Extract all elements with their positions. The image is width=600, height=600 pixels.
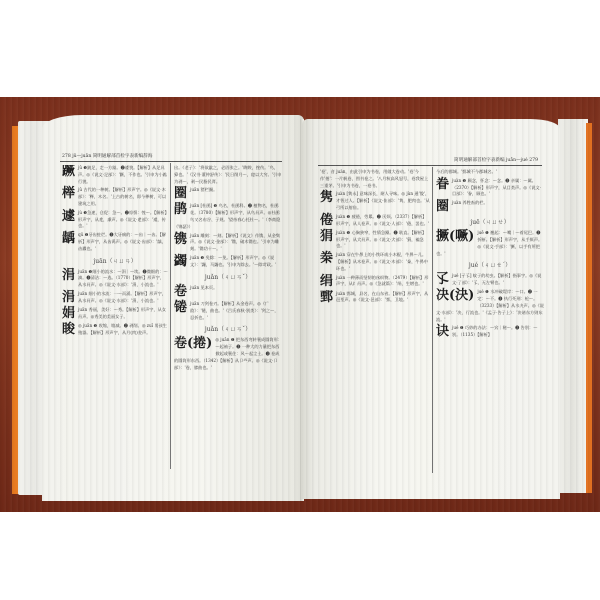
dictionary-entry: 桊juàn 穿在牛鼻上的小铁环或小木棍，牛鼻～儿。【解析】从木卷声。◎《说文·木… — [320, 252, 430, 272]
headword: 孓 — [436, 273, 449, 287]
definition-text: jù ❶急速，仓促：急～。❷惊惧：惶～。【解析】形声字，从辵，豦声。◎《说文·辵… — [62, 210, 168, 230]
headword: 诀 — [436, 325, 449, 339]
definition-text: juǎn 刀剑卷刃。【解析】从金卷声。◎《广韵》：'锩，曲也。'《吕氏春秋·别类… — [174, 301, 282, 321]
dictionary-entry: 眷juàn ❶ 顾念，怀念：～念。❷ 亲属：～属。（2370）【解析】形声字，从… — [436, 178, 544, 198]
definition-text: jué ❶ 巧妙的办法：～窍｜秘～。❷ 告别：～别。（1135）【解析】 — [436, 325, 544, 339]
definition-text: qǔ ❶牙齿蛀烂。❷大牙痛的：～齿｜～齿。【解析】形声字，从齿禹声。◎《说文·齿… — [62, 232, 168, 252]
dictionary-entry: '卷'，音 juàn，由此引申为书卷，用做大卷动。'卷'今作'捲'：一片帆卷，图… — [320, 169, 430, 189]
definition-text: juàn 养牲畜的栏。 — [436, 200, 544, 207]
definition-text: juàn ❶ 疲倦，劳累。❷ 厌烦。（2337）【解析】形声字，从人卷声。◎《说… — [320, 214, 430, 228]
dictionary-entry: 睃◎ juān ❶ 收缩，缩减。❷ 剥削。◎ zuī 男孩生殖器。【解析】形声字… — [62, 323, 168, 337]
headword: 圈 — [174, 187, 187, 201]
dictionary-entry: 涓juān ❶细小的流水：～涓｜～埃。❷微细的：～滴。❸清洁：～选。（1770）… — [62, 269, 168, 289]
left-page: 278 jǔ—juān 简明通解部首检字表新编辞海 蹶jǔ ❶跛足，走一方踮。❷… — [42, 115, 304, 501]
pinyin-section-heading: juān（ㄐㄩㄢ） — [62, 255, 168, 269]
headword: 榉 — [62, 187, 75, 201]
dictionary-entry: 圈juān 猪栏圈。 — [174, 187, 282, 201]
headword: 鄄 — [320, 291, 333, 305]
definition-text: juàn ❶ 心胸狭窄，性情急躁。❷ 耿直。【解析】形声字，从犬肙声。◎《说文·… — [320, 230, 430, 250]
definition-text: jué [孑孓] 蚊子的幼虫。【解析】指事字。◎《说文·了部》：'孓，无左臂也。… — [436, 273, 544, 287]
headword: 锩 — [174, 301, 187, 315]
headword: 镌 — [174, 233, 187, 247]
headword: 狷 — [320, 230, 333, 244]
dictionary-entry: 出。《老子》：'将欲歙之，必固张之。'睃睃，挫伤。'鸟，獐也。'《汉书·董仲舒传… — [174, 165, 282, 185]
definition-text: juān ❶细小的流水：～涓｜～埃。❷微细的：～滴。❸清洁：～选。（1770）【… — [62, 269, 168, 289]
definition-text: jǔ 古代的一种树。【解析】形声字。◎《说文·木部》：'榉，木名。'上古的树名，… — [62, 187, 168, 207]
headword: 卷(捲) — [174, 337, 212, 351]
headword: 桊 — [320, 252, 333, 266]
pinyin-section-heading: juǎn（ㄐㄩㄢˇ） — [174, 271, 282, 285]
dictionary-entry: 狷juàn ❶ 心胸狭窄，性情急躁。❷ 耿直。【解析】形声字，从犬肙声。◎《说文… — [320, 230, 430, 250]
headword: 撅(噘) — [436, 230, 474, 244]
headword: 龋 — [62, 232, 75, 246]
right-page: 简明通解部首检字表新编 juǎn—jué 279 '卷'，音 juàn，由此引申… — [302, 119, 560, 499]
dictionary-entry: 绢juàn 一种薄而坚韧的丝织物。（2479）【解析】形声字，从纟肙声。◎《急就… — [320, 275, 430, 289]
headword: 绢 — [320, 275, 333, 289]
headword: 蹶 — [62, 165, 75, 179]
definition-text: juān 雕刻：～刻。【解析】《说文》作镌，从金隽声。◎《说文·金部》：'镌，破… — [174, 233, 282, 253]
headword: 卷 — [174, 285, 187, 299]
headword: 涓 — [62, 269, 75, 283]
definition-text: juān 细小的水流：一～而涌。【解析】形声字，从水肙声。◎《说文·水部》：'涓… — [62, 291, 168, 305]
left-page-column-1: 蹶jǔ ❶跛足，走一方踮。❷遽貌。【解析】从足具声。◎《说文·足部》：'蹶，不作… — [62, 165, 168, 339]
dictionary-entry: 倦juàn ❶ 疲倦，劳累。❷ 厌烦。（2337）【解析】形声字，从人卷声。◎《… — [320, 214, 430, 228]
headword: 决(決) — [436, 289, 474, 303]
dictionary-entry: 孓jué [孑孓] 蚊子的幼虫。【解析】指事字。◎《说文·了部》：'孓，无左臂也… — [436, 273, 544, 287]
headword: 圈 — [436, 200, 449, 214]
photo-open-dictionary: 278 jǔ—juān 简明通解部首检字表新编辞海 蹶jǔ ❶跛足，走一方踮。❷… — [0, 97, 600, 512]
headword: 涓 — [62, 291, 75, 305]
right-page-column-2: 今后的郡城。'鄄城不今郡城名。' 眷juàn ❶ 顾念，怀念：～念。❷ 亲属：～… — [436, 169, 544, 341]
headword: 鹃 — [174, 203, 187, 217]
definition-text: juàn [隽永] 意味深长，耐人寻味。◎ jùn 通'俊'，才智过人。【解析】… — [320, 191, 430, 211]
right-running-head: 简明通解部首检字表新编 juǎn—jué 279 — [454, 157, 538, 163]
page-stack-right — [558, 119, 588, 493]
headword: 娟 — [62, 307, 75, 321]
definition-text: juān [杜鹃] ❶ 鸟名，杜鹃科。❷ 植物名，杜鹃花。（3780）【解析】形… — [174, 203, 282, 230]
book-cover-edge-right — [586, 123, 592, 493]
dictionary-entry: 娟juān 秀丽，美好：～秀。【解析】形声字，从女肙声。◎秀美的美丽女子。 — [62, 307, 168, 321]
right-head-rule — [318, 165, 542, 166]
definition-text: juàn 鄄城，县名，在山东省。【解析】形声字，从邑垔声。◎《说文·邑部》：'鄄… — [320, 291, 430, 305]
column-divider — [170, 163, 171, 469]
dictionary-entry: 圈juàn 养牲畜的栏。 — [436, 200, 544, 214]
definition-text: juān 猪栏圈。 — [174, 187, 282, 194]
left-page-column-2: 出。《老子》：'将欲歙之，必固张之。'睃睃，挫伤。'鸟，獐也。'《汉书·董仲舒传… — [174, 165, 282, 373]
dictionary-entry: 龋qǔ ❶牙齿蛀烂。❷大牙痛的：～齿｜～齿。【解析】形声字，从齿禹声。◎《说文·… — [62, 232, 168, 252]
definition-text: juān ❶ 免除：～免。【解析】形声字。◎《说文》：'蠲，马蠲也。'引申为除去… — [174, 255, 282, 269]
headword: 倦 — [320, 214, 333, 228]
definition-text: ◎ juān ❶ 收缩，缩减。❷ 剥削。◎ zuī 男孩生殖器。【解析】形声字，… — [62, 323, 168, 337]
dictionary-entry: 遽jù ❶急速，仓促：急～。❷惊惧：惶～。【解析】形声字，从辵，豦声。◎《说文·… — [62, 210, 168, 230]
dictionary-entry: 隽juàn [隽永] 意味深长，耐人寻味。◎ jùn 通'俊'，才智过人。【解析… — [320, 191, 430, 211]
dictionary-entry: 涓juān 细小的水流：一～而涌。【解析】形声字，从水肙声。◎《说文·水部》：'… — [62, 291, 168, 305]
definition-text: juàn ❶ 顾念，怀念：～念。❷ 亲属：～属。（2370）【解析】形声字，从目… — [436, 178, 544, 198]
dictionary-entry: 蠲juān ❶ 免除：～免。【解析】形声字。◎《说文》：'蠲，马蠲也。'引申为除… — [174, 255, 282, 269]
right-page-column-1: '卷'，音 juàn，由此引申为书卷，用做大卷动。'卷'今作'捲'：一片帆卷，图… — [320, 169, 430, 307]
dictionary-entry: 锩juǎn 刀剑卷刃。【解析】从金卷声。◎《广韵》：'锩，曲也。'《吕氏春秋·别… — [174, 301, 282, 321]
headword: 隽 — [320, 191, 333, 205]
dictionary-entry: 诀jué ❶ 巧妙的办法：～窍｜秘～。❷ 告别：～别。（1135）【解析】 — [436, 325, 544, 339]
dictionary-entry: 镌juān 雕刻：～刻。【解析】《说文》作镌，从金隽声。◎《说文·金部》：'镌，… — [174, 233, 282, 253]
dictionary-entry: 卷(捲)◎ juǎn ❶ 把东西弯转裹成圆筒形：～起袖子。❷ 一种大的力量把东西… — [174, 337, 282, 371]
definition-text: 今后的郡城。'鄄城不今郡城名。' — [436, 169, 544, 176]
left-running-head: 278 jǔ—juān 简明通解部首检字表新编辞海 — [62, 153, 152, 159]
dictionary-entry: 卷juǎn 见本页。 — [174, 285, 282, 299]
definition-text: juān 秀丽，美好：～秀。【解析】形声字，从女肙声。◎秀美的美丽女子。 — [62, 307, 168, 321]
dictionary-entry: 今后的郡城。'鄄城不今郡城名。' — [436, 169, 544, 176]
definition-text: juǎn 见本页。 — [174, 285, 282, 292]
dictionary-entry: 蹶jǔ ❶跛足，走一方踮。❷遽貌。【解析】从足具声。◎《说文·足部》：'蹶，不作… — [62, 165, 168, 185]
headword: 眷 — [436, 178, 449, 192]
definition-text: jǔ ❶跛足，走一方踮。❷遽貌。【解析】从足具声。◎《说文·足部》：'蹶，不作也… — [62, 165, 168, 185]
dictionary-entry: 鹃juān [杜鹃] ❶ 鸟名，杜鹃科。❷ 植物名，杜鹃花。（3780）【解析】… — [174, 203, 282, 230]
headword: 遽 — [62, 210, 75, 224]
headword: 蠲 — [174, 255, 187, 269]
definition-text: '卷'，音 juàn，由此引申为书卷，用做大卷动。'卷'今作'捲'：一片帆卷，图… — [320, 169, 430, 189]
dictionary-entry: 撅(噘)juē ❶ 翘起：～嘴｜～着尾巴。❷ 折断。【解析】形声字，从手厥声。◎… — [436, 230, 544, 257]
definition-text: 出。《老子》：'将欲歙之，必固张之。'睃睃，挫伤。'鸟，獐也。'《汉书·董仲舒传… — [174, 165, 282, 185]
dictionary-entry: 决(決)jué ❶ 水冲破堤岸：～口。❷ 一定：～不。❸ 执行死刑：枪～。（32… — [436, 289, 544, 323]
left-head-rule — [60, 161, 282, 162]
pinyin-section-heading: jué（ㄐㄩㄝˊ） — [436, 259, 544, 273]
dictionary-entry: 鄄juàn 鄄城，县名，在山东省。【解析】形声字，从邑垔声。◎《说文·邑部》：'… — [320, 291, 430, 305]
definition-text: juàn 穿在牛鼻上的小铁环或小木棍，牛鼻～儿。【解析】从木卷声。◎《说文·木部… — [320, 252, 430, 272]
definition-text: juàn 一种薄而坚韧的丝织物。（2479）【解析】形声字，从纟肙声。◎《急就篇… — [320, 275, 430, 289]
column-divider — [432, 167, 433, 473]
dictionary-entry: 榉jǔ 古代的一种树。【解析】形声字。◎《说文·木部》：'榉，木名。'上古的树名… — [62, 187, 168, 207]
headword: 睃 — [62, 323, 75, 337]
